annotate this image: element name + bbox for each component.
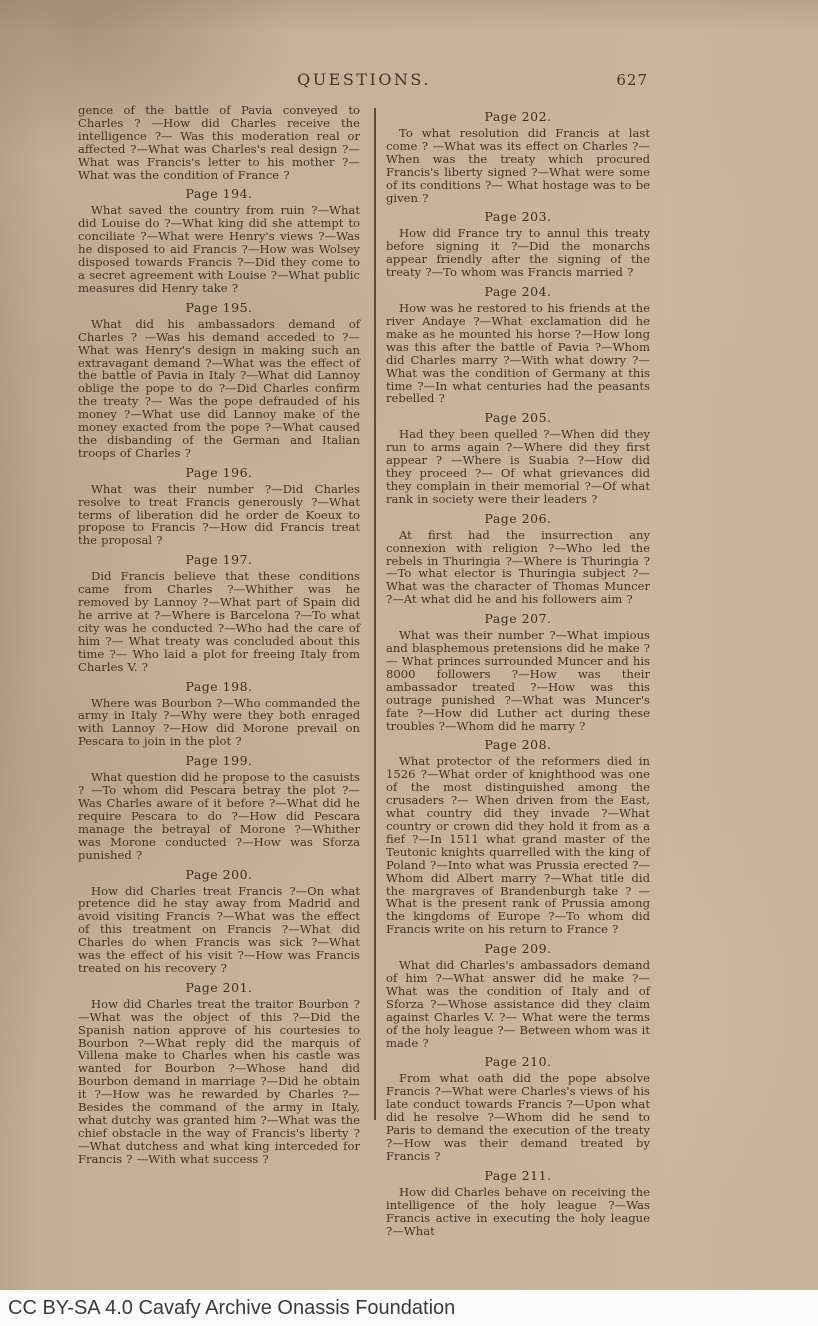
section-heading: Page 201.: [78, 980, 360, 995]
right-column: Page 202.To what resolution did Francis …: [367, 104, 650, 1237]
section-text: To what resolution did Francis at last c…: [386, 127, 650, 204]
section-text: From what oath did the pope absolve Fran…: [386, 1072, 650, 1162]
page-content: QUESTIONS. 627 gence of the battle of Pa…: [78, 70, 650, 1237]
section-heading: Page 204.: [386, 284, 650, 299]
section-heading: Page 205.: [386, 410, 650, 425]
page-number: 627: [616, 71, 648, 89]
section-heading: Page 207.: [386, 611, 650, 626]
section-text: Did Francis believe that these condition…: [78, 570, 360, 673]
section-heading: Page 206.: [386, 511, 650, 526]
section-heading: Page 195.: [78, 300, 360, 315]
section-heading: Page 198.: [78, 679, 360, 694]
section-heading: Page 196.: [78, 465, 360, 480]
section-text: What did his ambassadors demand of Charl…: [78, 318, 360, 460]
screenshot-viewport: QUESTIONS. 627 gence of the battle of Pa…: [0, 0, 818, 1326]
page-header: QUESTIONS. 627: [78, 70, 650, 94]
section-heading: Page 203.: [386, 209, 650, 224]
section-heading: Page 194.: [78, 186, 360, 201]
scanned-book-page: QUESTIONS. 627 gence of the battle of Pa…: [0, 0, 818, 1290]
section-text: Where was Bourbon ?—Who commanded the ar…: [78, 697, 360, 749]
section-text: What question did he propose to the casu…: [78, 771, 360, 861]
columns: gence of the battle of Pavia conveyed to…: [78, 104, 650, 1237]
running-title: QUESTIONS.: [78, 70, 650, 89]
section-heading: Page 210.: [386, 1054, 650, 1069]
section-heading: Page 197.: [78, 552, 360, 567]
section-heading: Page 211.: [386, 1168, 650, 1183]
section-text: How did Charles behave on receiving the …: [386, 1186, 650, 1238]
left-column: gence of the battle of Pavia conveyed to…: [78, 104, 367, 1237]
section-text: What was their number ?—Did Charles reso…: [78, 483, 360, 548]
section-text: How was he restored to his friends at th…: [386, 302, 650, 405]
license-text: CC BY-SA 4.0 Cavafy Archive Onassis Foun…: [0, 1297, 455, 1320]
section-text: How did Charles treat Francis ?—On what …: [78, 885, 360, 975]
section-heading: Page 202.: [386, 109, 650, 124]
section-text: How did France try to annul this treaty …: [386, 227, 650, 279]
section-heading: Page 199.: [78, 753, 360, 768]
section-text: What was their number ?—What impious and…: [386, 629, 650, 732]
section-text: At first had the insurrection any connex…: [386, 529, 650, 606]
section-heading: Page 208.: [386, 737, 650, 752]
section-text: What did Charles's ambassadors demand of…: [386, 959, 650, 1049]
section-text: What protector of the reformers died in …: [386, 755, 650, 936]
section-text: How did Charles treat the traitor Bourbo…: [78, 998, 360, 1166]
section-text: What saved the country from ruin ?—What …: [78, 204, 360, 294]
section-heading: Page 200.: [78, 867, 360, 882]
section-text: gence of the battle of Pavia conveyed to…: [78, 104, 360, 181]
license-bar: CC BY-SA 4.0 Cavafy Archive Onassis Foun…: [0, 1290, 818, 1326]
column-divider: [374, 108, 376, 1120]
section-heading: Page 209.: [386, 941, 650, 956]
section-text: Had they been quelled ?—When did they ru…: [386, 428, 650, 505]
